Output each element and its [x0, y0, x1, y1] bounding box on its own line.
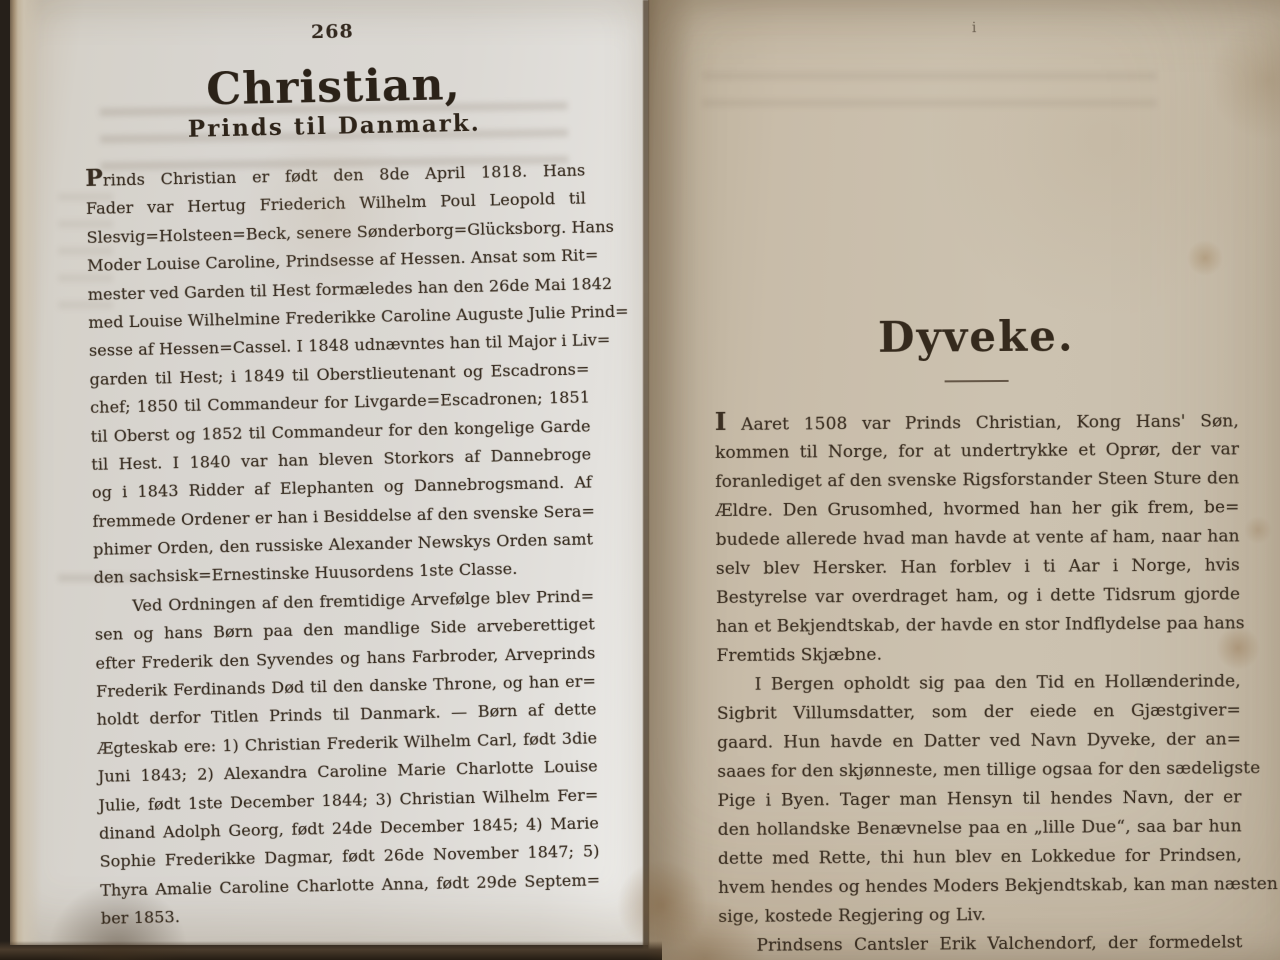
- text-line: dette med Rette, thi hun blev en Lokkedu…: [718, 841, 1242, 874]
- book-gutter: [643, 0, 649, 960]
- right-page-text: i Dyveke. I Aaret 1508 var Prinds Christ…: [712, 6, 1243, 960]
- text-line: kommen til Norge, for at undertrykke et …: [715, 435, 1239, 468]
- signature-mark: i: [712, 18, 1236, 40]
- left-page-text: 268 Christian, Prinds til Danmark. Prind…: [82, 8, 601, 934]
- left-page-edges: [10, 0, 44, 945]
- text-line: gaard. Hun havde en Datter ved Navn Dyve…: [717, 725, 1241, 758]
- text-line: den hollandske Benævnelse paa en „lille …: [718, 812, 1242, 845]
- text-line: Pige i Byen. Tager man Hensyn til hendes…: [717, 783, 1241, 816]
- text-line: saaes for den skjønneste, men tillige og…: [717, 754, 1241, 787]
- text-line: budede allerede hvad man havde at vente …: [716, 522, 1240, 555]
- text-line: Bestyrelse var overdraget ham, og i dett…: [716, 580, 1240, 613]
- heading-rule: [945, 380, 1009, 382]
- text-line: Sigbrit Villumsdatter, som der eiede en …: [717, 696, 1241, 729]
- page-number: 268: [82, 16, 582, 50]
- text-line: I Aaret 1508 var Prinds Christian, Kong …: [715, 406, 1239, 439]
- chapter-subheading: Prinds til Danmark.: [84, 109, 584, 144]
- text-line: foranlediget af den svenske Rigsforstand…: [715, 464, 1239, 497]
- text-line: Fremtids Skjæbne.: [716, 638, 1240, 671]
- chapter-heading: Christian,: [83, 61, 584, 115]
- right-page-body: I Aaret 1508 var Prinds Christian, Kong …: [715, 406, 1243, 960]
- text-line: hvem hendes og hendes Moders Bekjendtska…: [718, 870, 1242, 903]
- text-line: selv blev Hersker. Han forblev i ti Aar …: [716, 551, 1240, 584]
- left-page-body: Prinds Christian er født den 8de April 1…: [85, 156, 601, 933]
- chapter-heading: Dyveke.: [714, 314, 1238, 360]
- text-line: han et Bekjendtskab, der havde en stor I…: [716, 609, 1240, 642]
- text-line: Prindsens Cantsler Erik Valchendorf, der…: [718, 928, 1242, 960]
- book-photo: 268 Christian, Prinds til Danmark. Prind…: [0, 0, 1280, 960]
- text-line: I Bergen opholdt sig paa den Tid en Holl…: [717, 667, 1241, 700]
- text-line: sige, kostede Regjering og Liv.: [718, 899, 1242, 932]
- bottom-page-edge-shadow: [0, 941, 662, 960]
- text-line: Ældre. Den Grusomhed, hvormed han her gi…: [715, 493, 1239, 526]
